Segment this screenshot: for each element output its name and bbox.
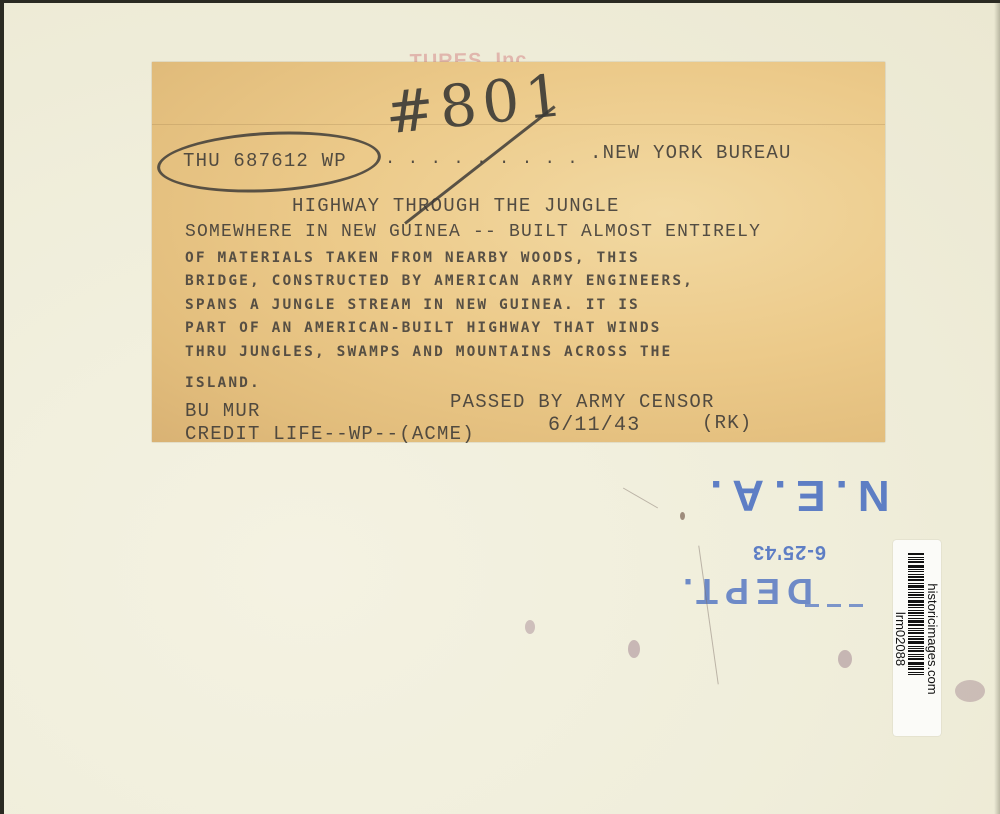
caption-id-line: THU 687612 WP [183, 150, 347, 172]
caption-dateline: SOMEWHERE IN NEW GUINEA -- BUILT ALMOST … [185, 222, 761, 242]
caption-initials: (RK) [702, 412, 752, 434]
department-stamp-dashes [805, 604, 865, 607]
paper-edge-shadow [994, 3, 1000, 814]
agency-stamp: N.E.A. [700, 470, 890, 520]
caption-leader-dots: . . . . . . . . . [385, 150, 579, 169]
stain-speck [955, 680, 985, 702]
caption-body-line: SPANS A JUNGLE STREAM IN NEW GUINEA. IT … [185, 297, 640, 313]
archive-barcode-label: historicimages.com lrm02088 [893, 540, 941, 736]
caption-bureau: .NEW YORK BUREAU [590, 142, 792, 164]
caption-credit: CREDIT LIFE--WP--(ACME) [185, 423, 475, 445]
caption-censor: PASSED BY ARMY CENSOR [450, 391, 715, 413]
department-stamp: DEPT. [676, 570, 813, 612]
stain-speck [838, 650, 852, 668]
stain-speck [525, 620, 535, 634]
caption-body-line: OF MATERIALS TAKEN FROM NEARBY WOODS, TH… [185, 250, 640, 266]
received-date-stamp: 6-25'43 [752, 540, 826, 563]
caption-headline: HIGHWAY THROUGH THE JUNGLE [292, 195, 620, 217]
archive-item-id: lrm02088 [893, 549, 908, 729]
caption-body-line: BRIDGE, CONSTRUCTED BY AMERICAN ARMY ENG… [185, 273, 694, 289]
barcode-icon [908, 553, 924, 725]
stain-speck [680, 512, 685, 520]
archive-site: historicimages.com [925, 549, 940, 729]
caption-body-line: THRU JUNGLES, SWAMPS AND MOUNTAINS ACROS… [185, 344, 672, 360]
caption-body-line: ISLAND. [185, 375, 261, 391]
caption-bureau-code: BU MUR [185, 400, 261, 422]
caption-date: 6/11/43 [548, 414, 640, 437]
caption-body-line: PART OF AN AMERICAN-BUILT HIGHWAY THAT W… [185, 320, 662, 336]
stain-speck [628, 640, 640, 658]
